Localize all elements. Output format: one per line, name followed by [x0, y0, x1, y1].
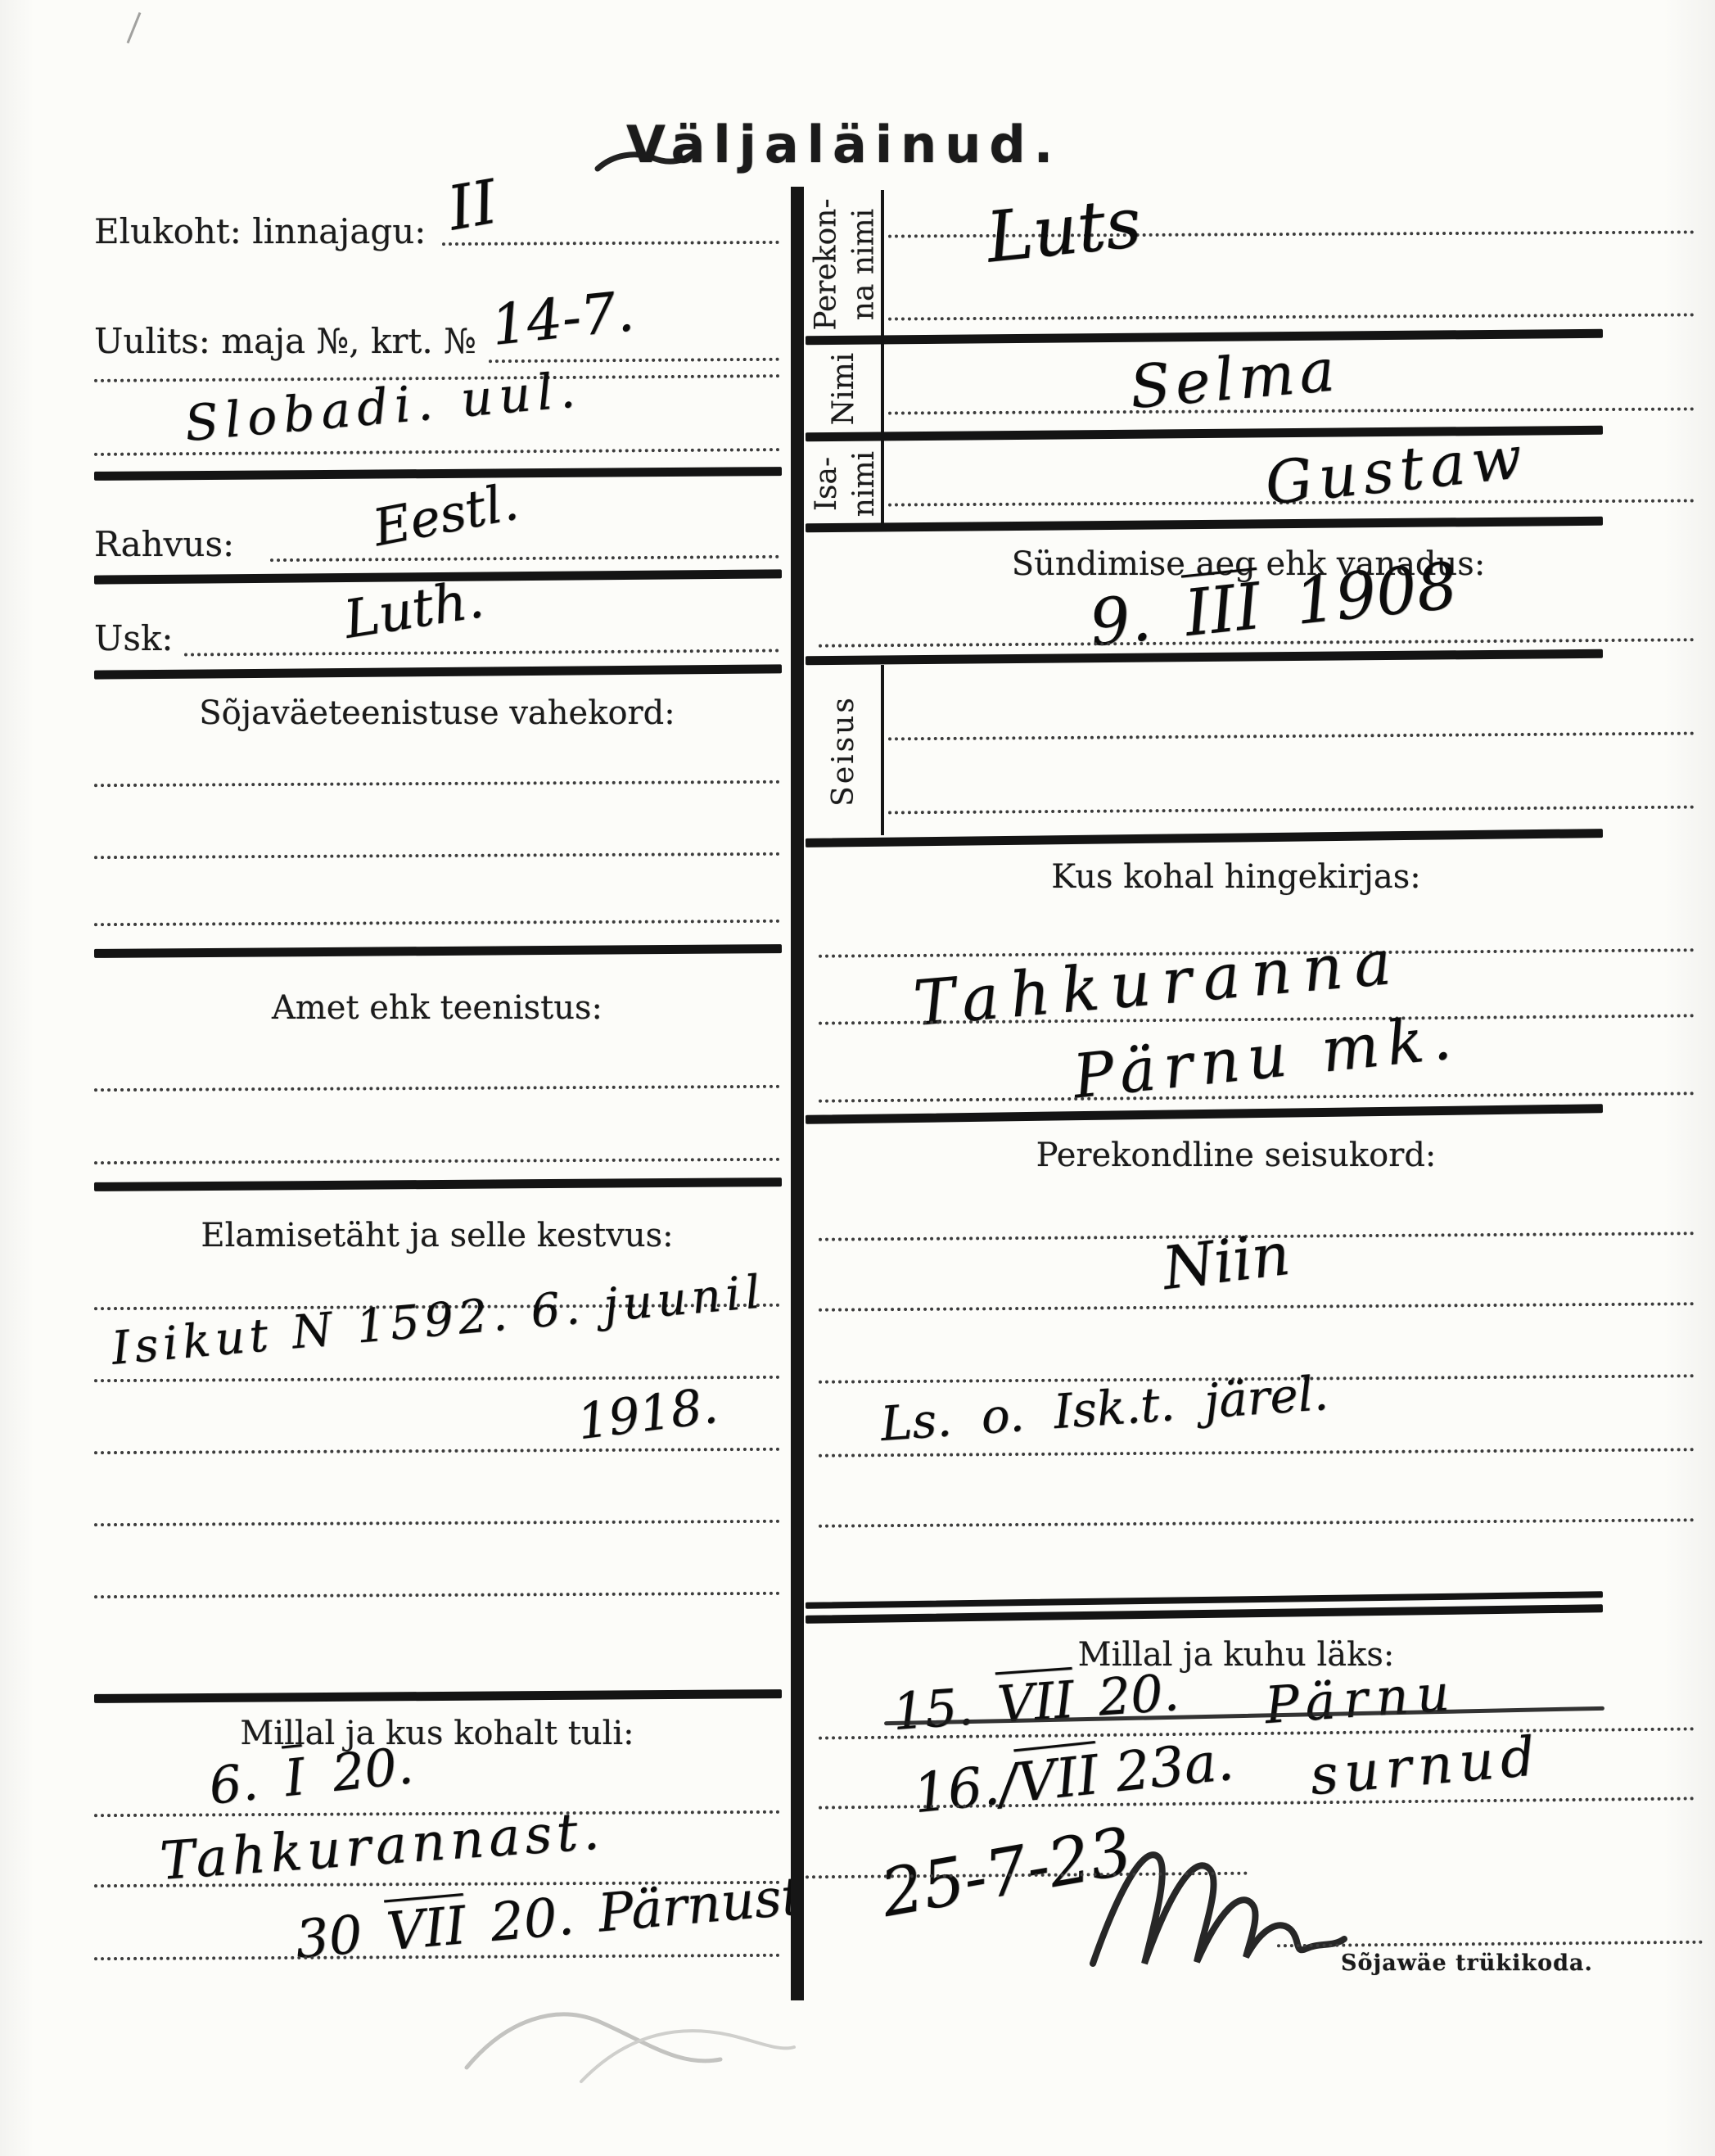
birth-month-roman: III [1181, 570, 1264, 651]
field-value-family-line1: Niin [1158, 1219, 1293, 1303]
dotted-rule [94, 852, 780, 859]
dep2-day: 16./ [910, 1751, 1021, 1825]
dotted-rule [888, 806, 1695, 815]
field-label-rahvus: Rahvus: [94, 524, 234, 564]
dotted-rule [94, 920, 780, 926]
field-label-usk: Usk: [94, 618, 174, 658]
section-divider [94, 467, 782, 481]
arrival3-day: 30 [293, 1905, 365, 1971]
field-label-name: Nimi [825, 344, 866, 434]
arrival1-month-roman: I [282, 1747, 308, 1808]
field-value-surname: Luts [982, 182, 1144, 278]
section-divider [806, 649, 1603, 665]
section-divider [806, 829, 1603, 847]
field-value-elukoht: II [443, 167, 503, 245]
dotted-rule [819, 1518, 1695, 1527]
section-divider [94, 1689, 782, 1703]
arrival3-rest: 20. Pärnust [488, 1866, 805, 1954]
section-divider [94, 944, 782, 958]
field-label-status: Seisus [825, 677, 866, 825]
field-value-residence-line2: 1918. [574, 1377, 720, 1451]
arrival1-day: 6. [206, 1751, 260, 1816]
dotted-rule [489, 358, 779, 363]
field-label-elukoht: Elukoht: linnajagu: [94, 211, 426, 251]
field-value-street: Slobadi. uul. [183, 361, 584, 453]
birth-year: 1908 [1292, 549, 1461, 640]
field-value-rahvus: Eestl. [368, 472, 523, 558]
label-strip-rule [881, 665, 884, 835]
section-divider [806, 1104, 1603, 1124]
dotted-rule [888, 732, 1695, 741]
dep1-month-roman: VII [995, 1670, 1076, 1734]
heading-arrival: Millal ja kus kohalt tuli: [94, 1715, 780, 1752]
dotted-rule [888, 313, 1695, 320]
dotted-rule [94, 1954, 780, 1960]
dotted-rule [94, 780, 780, 787]
heading-military-service: Sõjaväeteenistuse vahekord: [94, 694, 780, 732]
dep2-year: 23a. [1112, 1729, 1237, 1805]
field-label-father-name: Isa- nimi [808, 435, 883, 533]
dotted-rule [94, 1158, 780, 1164]
heading-parish-register: Kus kohal hingekirjas: [888, 858, 1584, 896]
dotted-rule [184, 649, 779, 656]
heading-departure: Millal ja kuhu läks: [888, 1636, 1584, 1674]
dotted-rule [442, 241, 779, 246]
column-divider-bar [791, 187, 804, 2000]
section-divider [94, 664, 782, 679]
field-label-uulits: Uulits: maja №, krt. № [94, 321, 476, 361]
field-value-departure-line1-date: 15. VII 20. [891, 1662, 1181, 1742]
field-value-residence-line1: Isikut N 1592. 6. juunil [110, 1265, 767, 1376]
dotted-rule [819, 1448, 1695, 1457]
field-value-departure-line2-word: surnud [1307, 1724, 1544, 1807]
printer-imprint: Sõjawäe trükikoda. [1341, 1950, 1593, 1976]
form-title: Väljaläinud. [626, 115, 1061, 174]
heading-occupation: Amet ehk teenistus: [94, 989, 780, 1027]
field-value-departure-line2-date: 16./VII 23a. [910, 1729, 1236, 1826]
field-label-surname: Perekon- na nimi [808, 193, 883, 337]
heading-residence-permit: Elamisetäht ja selle kestvus: [94, 1217, 780, 1254]
arrival1-year: 20. [329, 1735, 416, 1803]
field-value-departure-line1-place: Pärnu [1263, 1662, 1460, 1735]
scan-artifact-slash [127, 12, 142, 43]
section-divider [94, 1177, 782, 1191]
birth-day: 9. [1086, 581, 1154, 661]
heading-family-status: Perekondline seisukord: [888, 1137, 1584, 1174]
dotted-rule [94, 1085, 780, 1092]
dotted-rule [888, 407, 1695, 414]
section-divider [806, 517, 1603, 532]
dotted-rule [270, 555, 779, 562]
dotted-rule [819, 1302, 1695, 1311]
dotted-rule [94, 1448, 780, 1454]
dotted-rule [94, 1520, 780, 1526]
dep1-day: 15. [891, 1676, 975, 1742]
dotted-rule [94, 1592, 780, 1598]
signature-scrawl [1081, 1833, 1359, 1972]
arrival3-month-roman: VII [384, 1896, 468, 1963]
pencil-scribble [458, 1990, 802, 2096]
section-divider [806, 329, 1603, 345]
scanned-form-page: Väljaläinud. Elukoht: linnajagu: II Uuli… [0, 0, 1715, 2156]
field-value-uulits: 14-7. [488, 279, 637, 359]
